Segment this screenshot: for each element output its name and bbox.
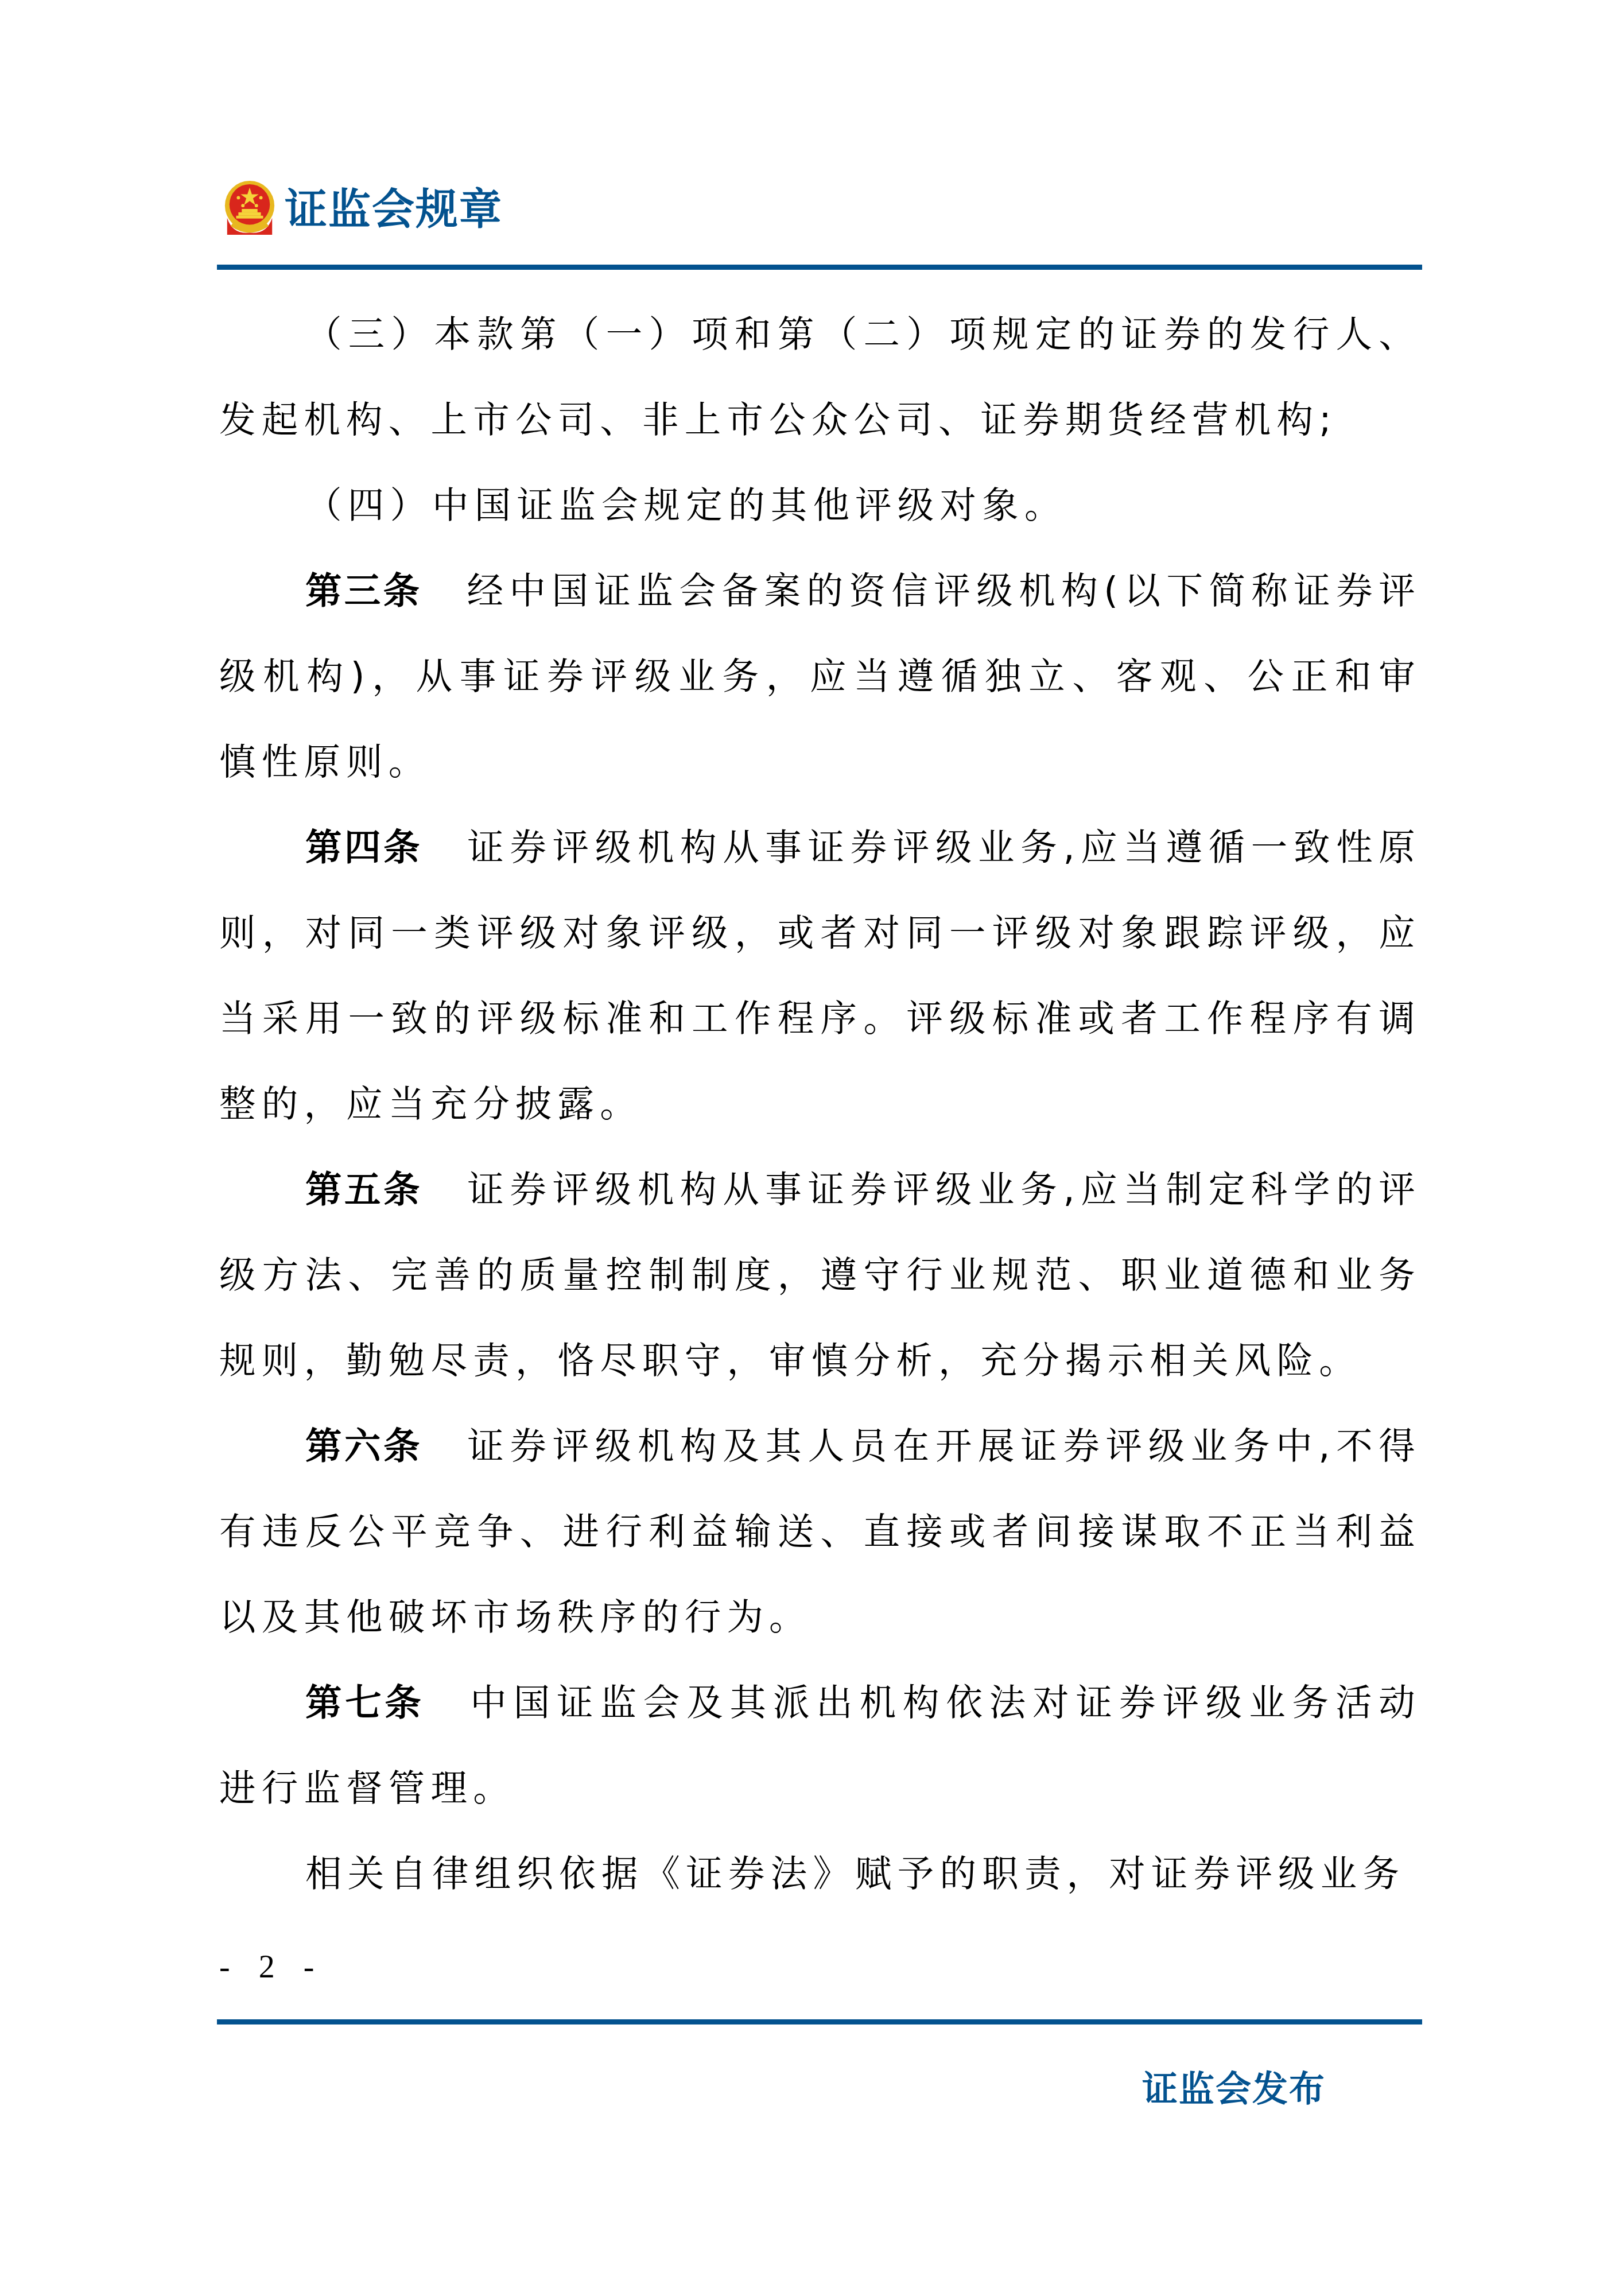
paragraph-text: （三）本款第（一）项和第（二）项规定的证券的发行人、发起机构、上市公司、非上市公… bbox=[219, 313, 1421, 441]
article-number: 第六条 bbox=[305, 1425, 422, 1467]
paragraph-text: （四）中国证监会规定的其他评级对象。 bbox=[305, 484, 1067, 526]
paragraph: 第四条证券评级机构从事证券评级业务,应当遵循一致性原则，对同一类评级对象评级，或… bbox=[219, 805, 1421, 1147]
publisher-label: 证监会发布 bbox=[1142, 2061, 1326, 2112]
document-body: （三）本款第（一）项和第（二）项规定的证券的发行人、发起机构、上市公司、非上市公… bbox=[219, 292, 1421, 1917]
article-number: 第四条 bbox=[305, 826, 422, 868]
document-header: 证监会规章 bbox=[222, 172, 503, 247]
article-number: 第三条 bbox=[305, 569, 422, 612]
article-number: 第七条 bbox=[305, 1681, 425, 1724]
page-number: - 2 - bbox=[219, 1949, 324, 1985]
paragraph: 第六条证券评级机构及其人员在开展证券评级业务中,不得有违反公平竞争、进行利益输送… bbox=[219, 1403, 1421, 1660]
article-number: 第五条 bbox=[305, 1168, 422, 1211]
paragraph: 第五条证券评级机构从事证券评级业务,应当制定科学的评级方法、完善的质量控制制度，… bbox=[219, 1147, 1421, 1403]
header-divider bbox=[217, 265, 1422, 270]
document-title: 证监会规章 bbox=[285, 188, 503, 231]
paragraph-text: 证券评级机构从事证券评级业务,应当遵循一致性原则，对同一类评级对象评级，或者对同… bbox=[219, 826, 1421, 1125]
footer-divider bbox=[217, 2019, 1422, 2024]
national-emblem-icon bbox=[222, 179, 278, 241]
paragraph: 第七条中国证监会及其派出机构依法对证券评级业务活动进行监督管理。 bbox=[219, 1660, 1421, 1831]
paragraph-text: 相关自律组织依据《证券法》赋予的职责，对证券评级业务 bbox=[305, 1852, 1405, 1895]
paragraph: 相关自律组织依据《证券法》赋予的职责，对证券评级业务 bbox=[219, 1831, 1421, 1917]
paragraph: （四）中国证监会规定的其他评级对象。 bbox=[219, 463, 1421, 548]
paragraph: 第三条经中国证监会备案的资信评级机构(以下简称证券评级机构)，从事证券评级业务，… bbox=[219, 548, 1421, 805]
paragraph: （三）本款第（一）项和第（二）项规定的证券的发行人、发起机构、上市公司、非上市公… bbox=[219, 292, 1421, 463]
